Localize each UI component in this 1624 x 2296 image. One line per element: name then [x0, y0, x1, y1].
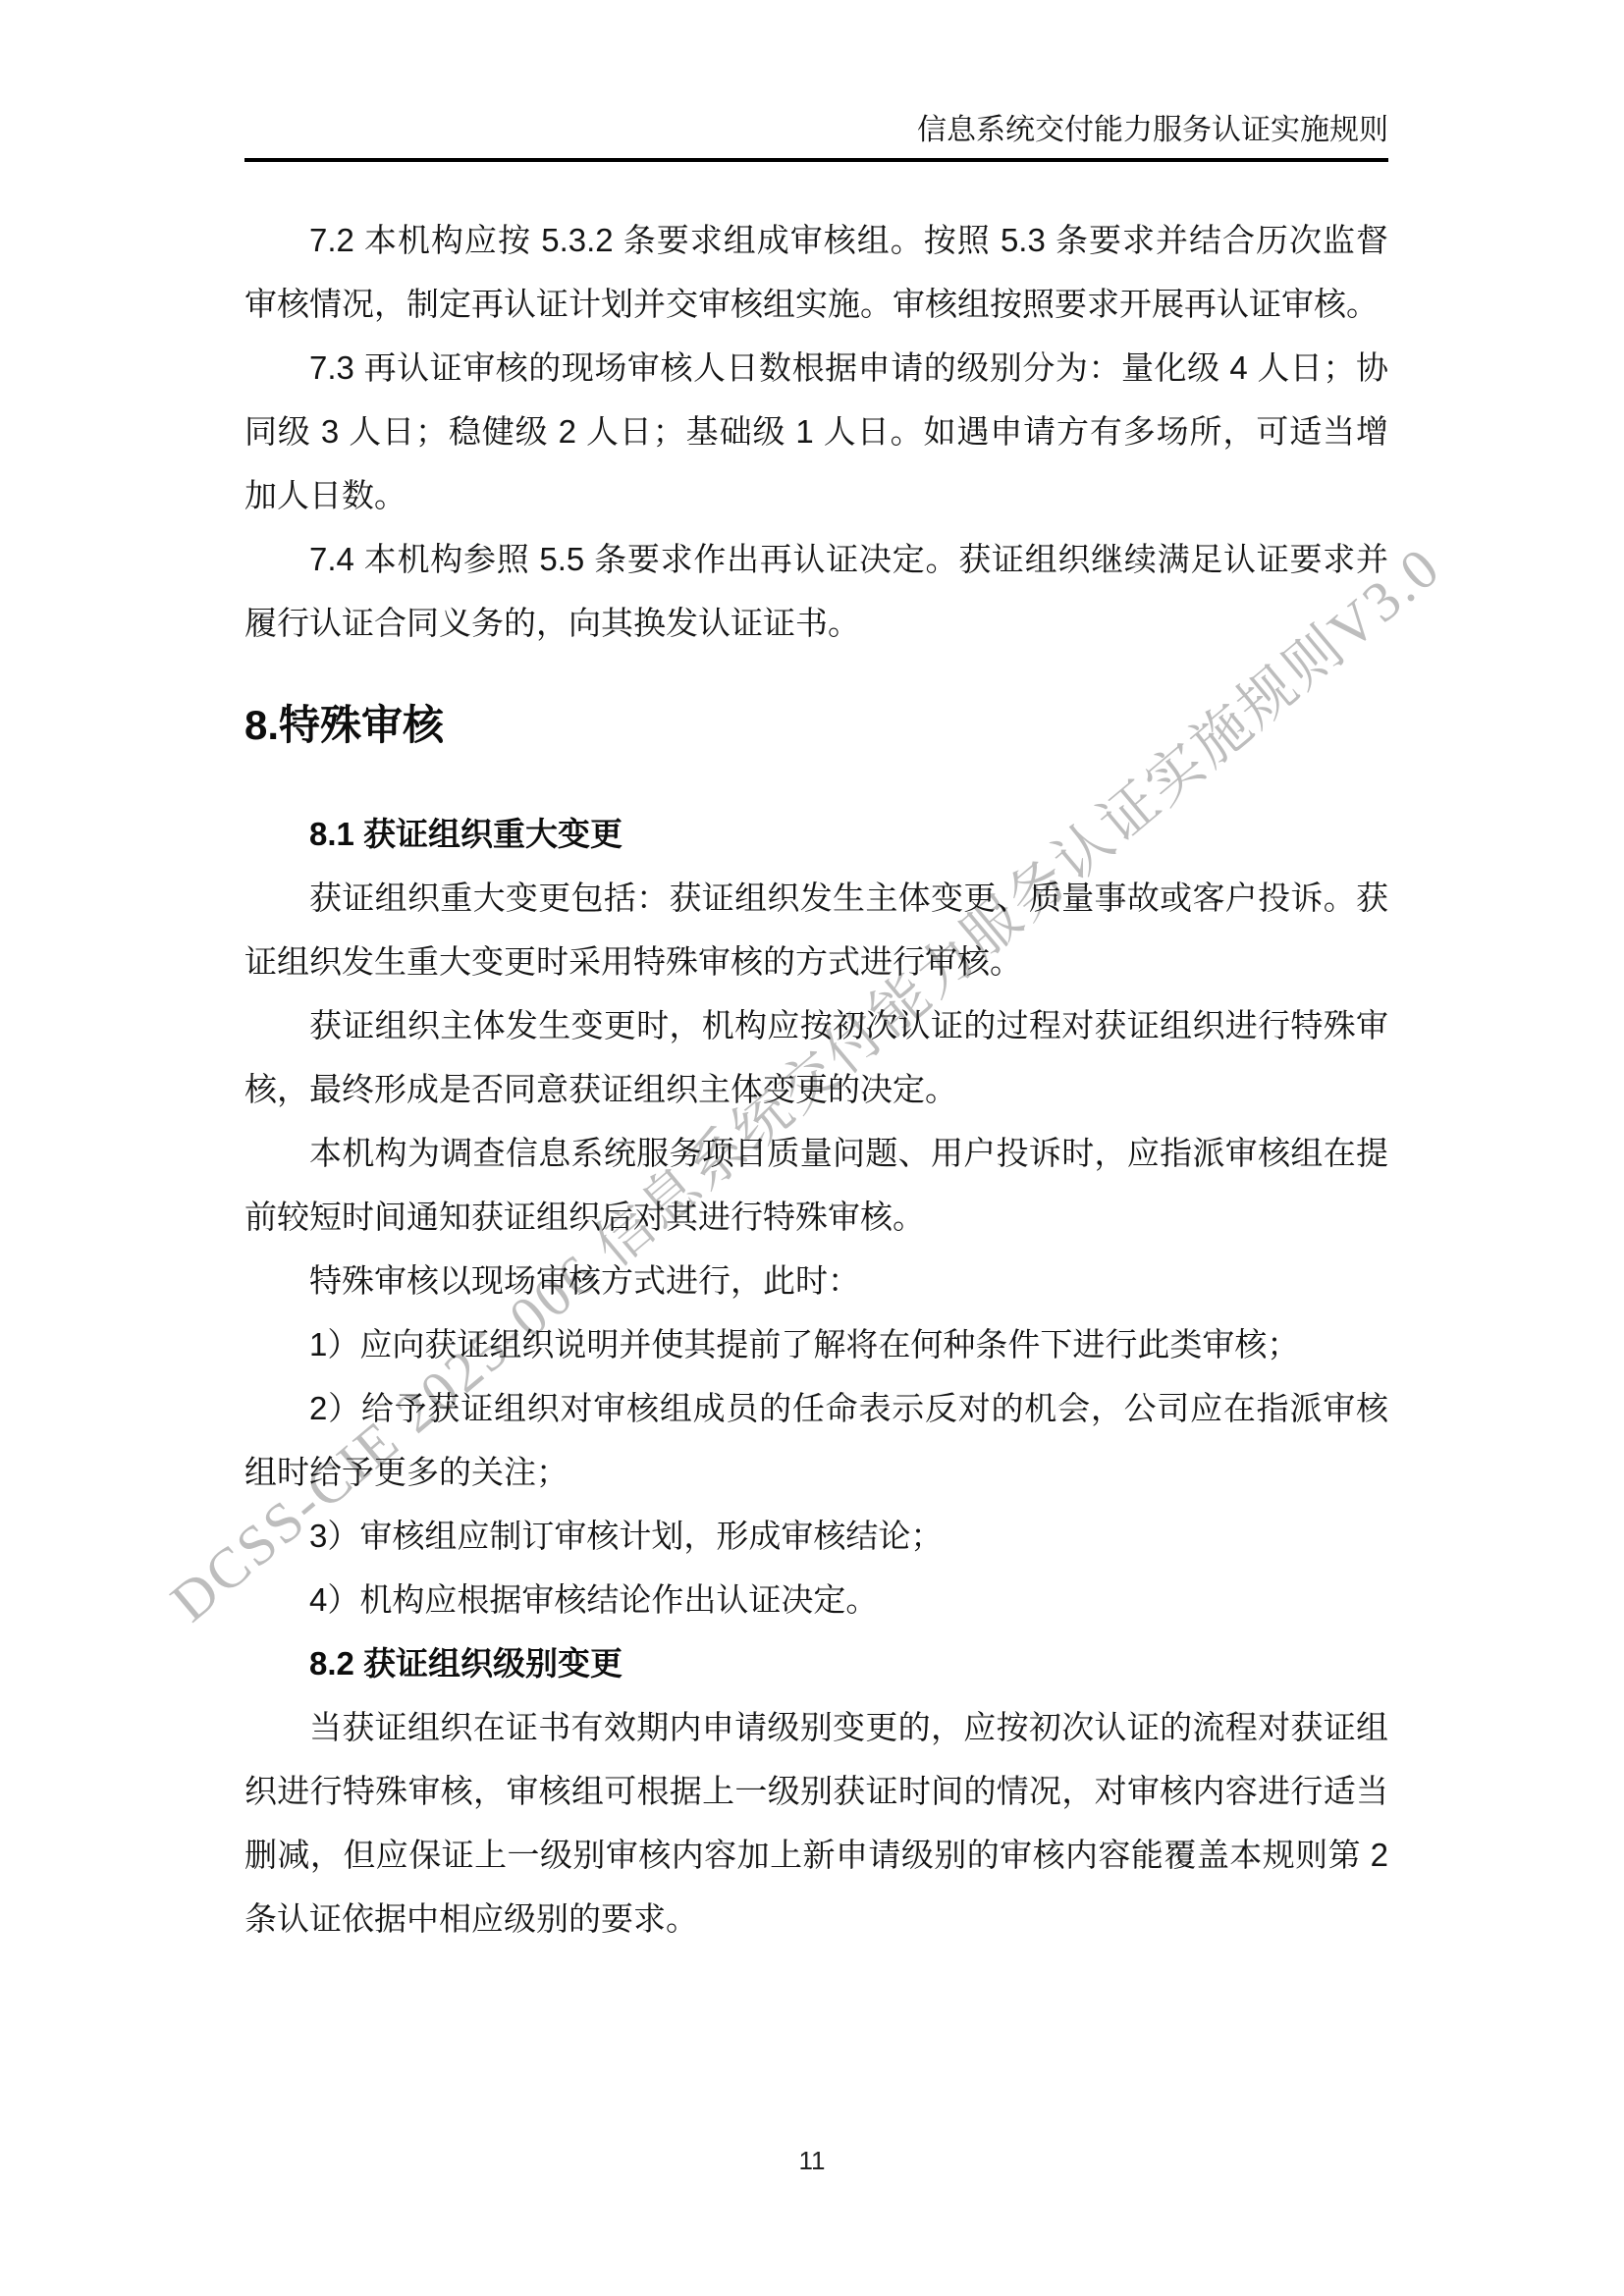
paragraph-onsite-audit-intro: 特殊审核以现场审核方式进行，此时： — [244, 1249, 1388, 1312]
paragraph-subject-change: 获证组织主体发生变更时，机构应按初次认证的过程对获证组织进行特殊审核，最终形成是… — [244, 993, 1388, 1121]
paragraph-major-change-scope: 获证组织重大变更包括：获证组织发生主体变更、质量事故或客户投诉。获证组织发生重大… — [244, 866, 1388, 993]
list-item-1: 1）应向获证组织说明并使其提前了解将在何种条件下进行此类审核； — [244, 1312, 1388, 1376]
paragraph-quality-investigation: 本机构为调查信息系统服务项目质量问题、用户投诉时，应指派审核组在提前较短时间通知… — [244, 1121, 1388, 1249]
paragraph-7-2: 7.2 本机构应按 5.3.2 条要求组成审核组。按照 5.3 条要求并结合历次… — [244, 208, 1388, 336]
section-8-1-heading: 8.1 获证组织重大变更 — [244, 802, 1388, 866]
page-header-title: 信息系统交付能力服务认证实施规则 — [244, 114, 1388, 162]
paragraph-7-3: 7.3 再认证审核的现场审核人日数根据申请的级别分为：量化级 4 人日；协同级 … — [244, 336, 1388, 527]
list-item-3: 3）审核组应制订审核计划，形成审核结论； — [244, 1504, 1388, 1568]
document-page: DCSS-CIE 2025-006 信息系统交付能力服务认证实施规则V3.0 信… — [0, 0, 1624, 2296]
document-content: 信息系统交付能力服务认证实施规则 7.2 本机构应按 5.3.2 条要求组成审核… — [0, 0, 1624, 1950]
paragraph-7-4: 7.4 本机构参照 5.5 条要求作出再认证决定。获证组织继续满足认证要求并履行… — [244, 527, 1388, 655]
section-8-2-heading: 8.2 获证组织级别变更 — [244, 1631, 1388, 1695]
section-8-heading: 8.特殊审核 — [244, 696, 1388, 755]
paragraph-level-change: 当获证组织在证书有效期内申请级别变更的，应按初次认证的流程对获证组织进行特殊审核… — [244, 1695, 1388, 1950]
list-item-2: 2）给予获证组织对审核组成员的任命表示反对的机会，公司应在指派审核组时给予更多的… — [244, 1376, 1388, 1504]
page-number: 11 — [0, 2146, 1624, 2176]
list-item-4: 4）机构应根据审核结论作出认证决定。 — [244, 1568, 1388, 1631]
